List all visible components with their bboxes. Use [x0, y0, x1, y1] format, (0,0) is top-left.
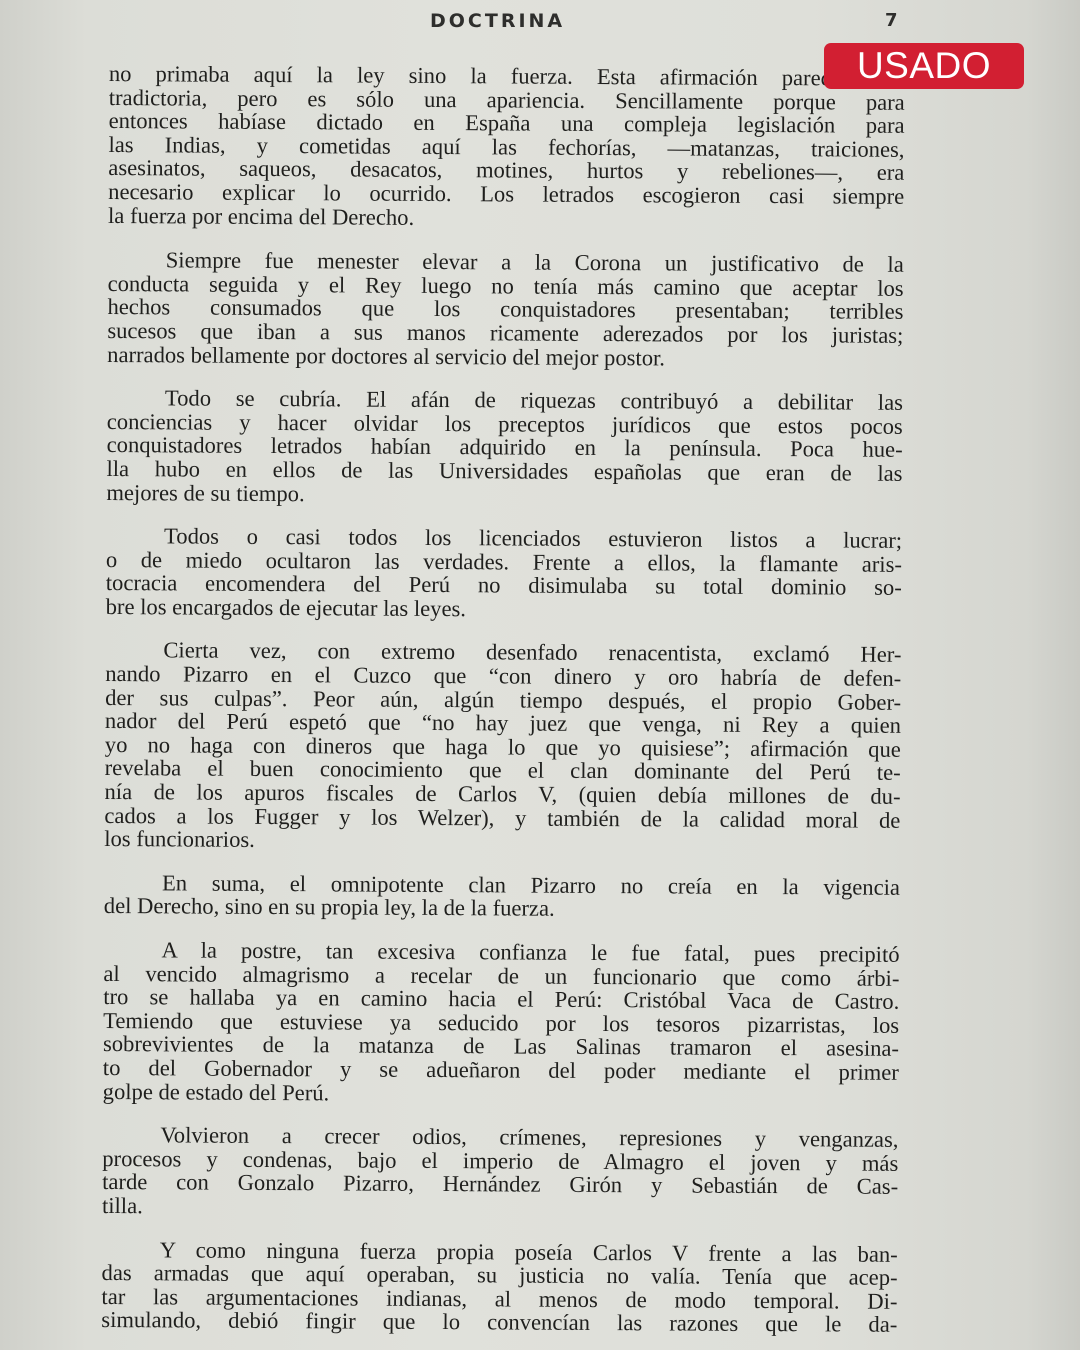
- paragraph: Siempre fue menester elevar a la Corona …: [107, 248, 904, 371]
- running-head: DOCTRINA: [430, 10, 565, 32]
- paragraph: no primaba aquí la ley sino la fuerza. E…: [108, 62, 905, 232]
- paragraph: En suma, el omnipotente clan Pizarro no …: [104, 871, 900, 923]
- paragraph: Todos o casi todos los licenciados estuv…: [106, 524, 903, 623]
- page-number: 7: [885, 10, 898, 31]
- text-line: tilla.: [102, 1194, 898, 1222]
- text-line: tarde con Gonzalo Pizarro, Hernández Gir…: [102, 1170, 898, 1198]
- paragraph: Todo se cubría. El afán de riquezas cont…: [106, 386, 903, 509]
- paragraph: Volvieron a crecer odios, crímenes, repr…: [102, 1123, 899, 1222]
- used-badge: USADO: [824, 43, 1024, 89]
- body-text: no primaba aquí la ley sino la fuerza. E…: [101, 62, 905, 1350]
- paragraph: A la postre, tan excesiva confianza le f…: [103, 938, 900, 1108]
- text-line: simulando, debió fingir que lo convencía…: [101, 1308, 897, 1336]
- paragraph: Cierta vez, con extremo desenfado renace…: [104, 638, 901, 855]
- paragraph: Y como ninguna fuerza propia poseía Carl…: [101, 1238, 898, 1337]
- book-page: DOCTRINA 7 no primaba aquí la ley sino l…: [0, 0, 1080, 1350]
